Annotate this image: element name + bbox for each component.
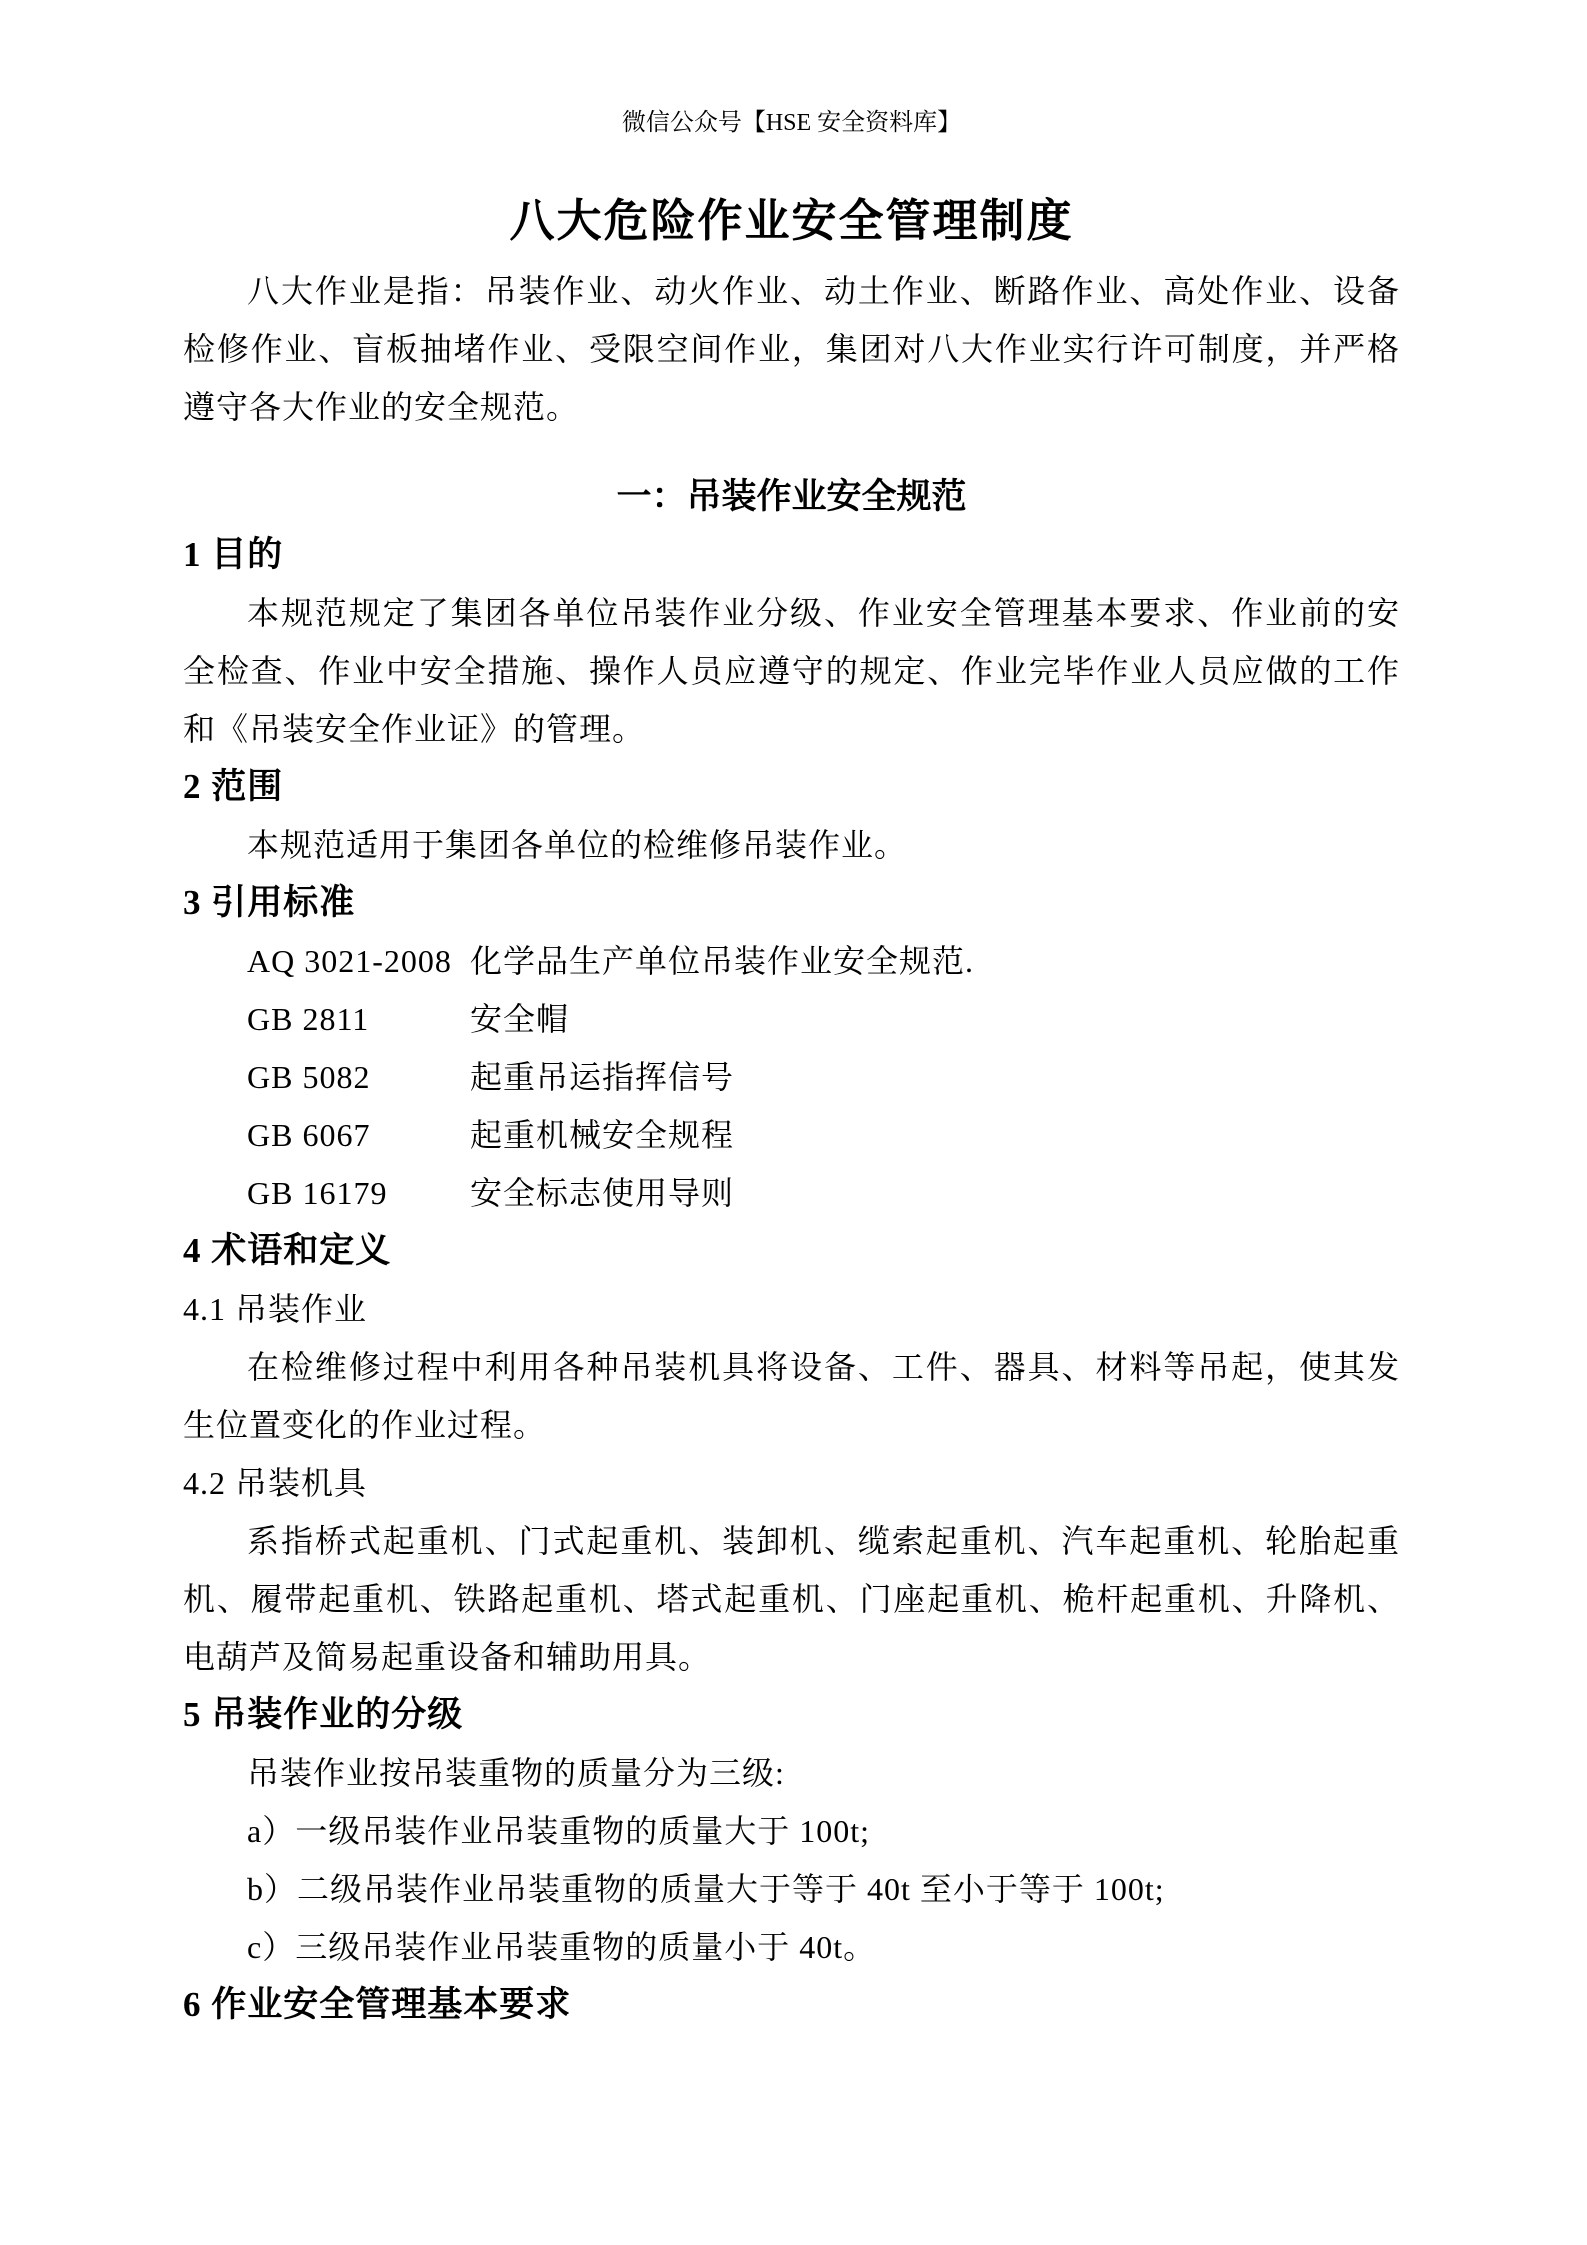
reference-name: 安全标志使用导则 (470, 1175, 734, 1211)
reference-code: GB 16179 (247, 1164, 470, 1222)
section-heading-purpose: 1 目的 (183, 526, 1400, 584)
section-heading-scope: 2 范围 (183, 758, 1400, 816)
purpose-paragraph: 本规范规定了集团各单位吊装作业分级、作业安全管理基本要求、作业前的安全检查、作业… (183, 584, 1400, 758)
reference-name: 起重吊运指挥信号 (470, 1059, 734, 1095)
intro-paragraph: 八大作业是指：吊装作业、动火作业、动土作业、断路作业、高处作业、设备检修作业、盲… (183, 262, 1400, 436)
section-heading-references: 3 引用标准 (183, 874, 1400, 932)
document-page: 微信公众号【HSE 安全资料库】 八大危险作业安全管理制度 八大作业是指：吊装作… (0, 0, 1587, 2245)
section-heading-requirements: 6 作业安全管理基本要求 (183, 1976, 1400, 2034)
reference-name: 化学品生产单位吊装作业安全规范. (470, 943, 974, 979)
subsection-heading-4-1: 4.1 吊装作业 (183, 1280, 1400, 1338)
reference-item: GB 5082起重吊运指挥信号 (183, 1048, 1400, 1106)
grading-item-a: a）一级吊装作业吊装重物的质量大于 100t; (183, 1802, 1400, 1860)
reference-name: 起重机械安全规程 (470, 1117, 734, 1153)
document-title: 八大危险作业安全管理制度 (183, 190, 1400, 252)
reference-code: GB 5082 (247, 1048, 470, 1106)
reference-item: AQ 3021-2008化学品生产单位吊装作业安全规范. (183, 932, 1400, 990)
reference-code: GB 6067 (247, 1106, 470, 1164)
wechat-watermark-header: 微信公众号【HSE 安全资料库】 (183, 108, 1400, 138)
reference-item: GB 16179安全标志使用导则 (183, 1164, 1400, 1222)
reference-name: 安全帽 (470, 1001, 569, 1037)
subsection-heading-4-2: 4.2 吊装机具 (183, 1454, 1400, 1512)
grading-item-b: b）二级吊装作业吊装重物的质量大于等于 40t 至小于等于 100t; (183, 1860, 1400, 1918)
reference-code: GB 2811 (247, 990, 470, 1048)
section-heading-terms: 4 术语和定义 (183, 1222, 1400, 1280)
reference-list: AQ 3021-2008化学品生产单位吊装作业安全规范. GB 2811安全帽 … (183, 932, 1400, 1222)
reference-item: GB 2811安全帽 (183, 990, 1400, 1048)
reference-code: AQ 3021-2008 (247, 932, 470, 990)
chapter-heading: 一：吊装作业安全规范 (183, 468, 1400, 526)
term-lifting-equipment-paragraph: 系指桥式起重机、门式起重机、装卸机、缆索起重机、汽车起重机、轮胎起重机、履带起重… (183, 1512, 1400, 1686)
section-heading-grading: 5 吊装作业的分级 (183, 1686, 1400, 1744)
term-lifting-operation-paragraph: 在检维修过程中利用各种吊装机具将设备、工件、器具、材料等吊起，使其发生位置变化的… (183, 1338, 1400, 1454)
scope-paragraph: 本规范适用于集团各单位的检维修吊装作业。 (183, 816, 1400, 874)
reference-item: GB 6067起重机械安全规程 (183, 1106, 1400, 1164)
grading-list: a）一级吊装作业吊装重物的质量大于 100t; b）二级吊装作业吊装重物的质量大… (183, 1802, 1400, 1976)
grading-item-c: c）三级吊装作业吊装重物的质量小于 40t。 (183, 1918, 1400, 1976)
grading-lead-paragraph: 吊装作业按吊装重物的质量分为三级: (183, 1744, 1400, 1802)
